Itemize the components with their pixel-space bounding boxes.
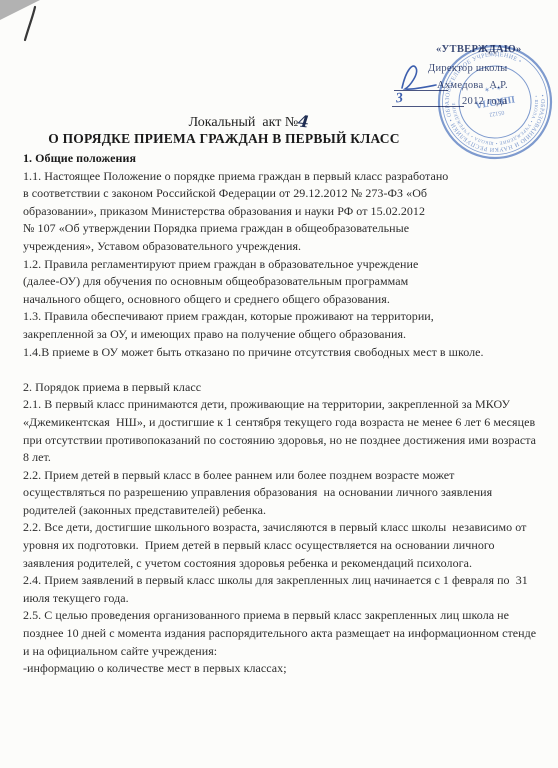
body-text-line: 2.5. С целью проведения организованного …: [23, 608, 550, 626]
body-text-line: закрепленной за ОУ, и имеющих право на п…: [23, 327, 550, 345]
body-text-line: «Джемикентская НШ», и достигшие к 1 сент…: [23, 415, 550, 433]
local-act-label: Локальный акт №: [189, 115, 299, 130]
body-text-line: заявления родителей, с учетом состояния …: [23, 556, 550, 574]
body-text-line: в соответствии с законом Российской Феде…: [23, 186, 550, 204]
stamp-center-text: ШКОЛА: [474, 93, 516, 110]
body-text-line: 8 лет.: [23, 450, 550, 468]
body-text-line: 2.1. В первый класс принимаются дети, пр…: [23, 397, 550, 415]
body-text-line: 1. Общие положения: [23, 151, 550, 169]
body-text-line: -информацию о количестве мест в первых к…: [23, 661, 550, 679]
document-title-line2: О ПОРЯДКЕ ПРИЕМА ГРАЖДАН В ПЕРВЫЙ КЛАСС: [0, 131, 448, 147]
body-text-line: начального общего, основного общего и ср…: [23, 292, 550, 310]
body-text-line: позднее 10 дней с момента издания распор…: [23, 626, 550, 644]
body-text-line: 2.4. Прием заявлений в первый класс школ…: [23, 573, 550, 591]
body-text-line: 1.4.В приеме в ОУ может быть отказано по…: [23, 345, 550, 363]
scanned-document-page: «УТВЕРЖДАЮ» Директор школы Ахмедова А.Р.…: [0, 0, 558, 768]
body-text-line: № 107 «Об утверждении Порядка приема гра…: [23, 221, 550, 239]
body-text-line: 2. Порядок приема в первый класс: [23, 380, 550, 398]
body-text-line: 1.1. Настоящее Положение о порядке прием…: [23, 169, 550, 187]
body-text-line: 1.3. Правила обеспечивают прием граждан,…: [23, 309, 550, 327]
body-text-line: учреждения», Уставом образовательного уч…: [23, 239, 550, 257]
stamp-stars: ✶ • ✶: [483, 83, 502, 94]
body-text-line: июля текущего года.: [23, 591, 550, 609]
handwritten-act-number: 4: [297, 111, 310, 131]
body-text-line: 2.2. Все дети, достигшие школьного возра…: [23, 520, 550, 538]
body-text-line: осуществляться по разрешению управления …: [23, 485, 550, 503]
body-text-line: [23, 362, 550, 380]
document-body: 1. Общие положения 1.1. Настоящее Положе…: [23, 151, 550, 679]
handwritten-slash-mark: [18, 2, 44, 46]
body-text-line: уровня их подготовки. Прием детей в перв…: [23, 538, 550, 556]
body-text-line: и на официальном сайте учреждения:: [23, 644, 550, 662]
body-text-line: 2.2. Прием детей в первый класс в более …: [23, 468, 550, 486]
body-text-line: (далее-ОУ) для обучения по основным обще…: [23, 274, 550, 292]
body-text-line: при отсутствии противопоказаний по состо…: [23, 433, 550, 451]
document-title-line1: Локальный акт №4: [0, 111, 498, 131]
body-text-line: родителей (законных представителей) ребе…: [23, 503, 550, 521]
body-text-line: образовании», приказом Министерства обра…: [23, 204, 550, 222]
body-text-line: 1.2. Правила регламентируют прием гражда…: [23, 257, 550, 275]
handwritten-day: 3: [395, 91, 404, 108]
